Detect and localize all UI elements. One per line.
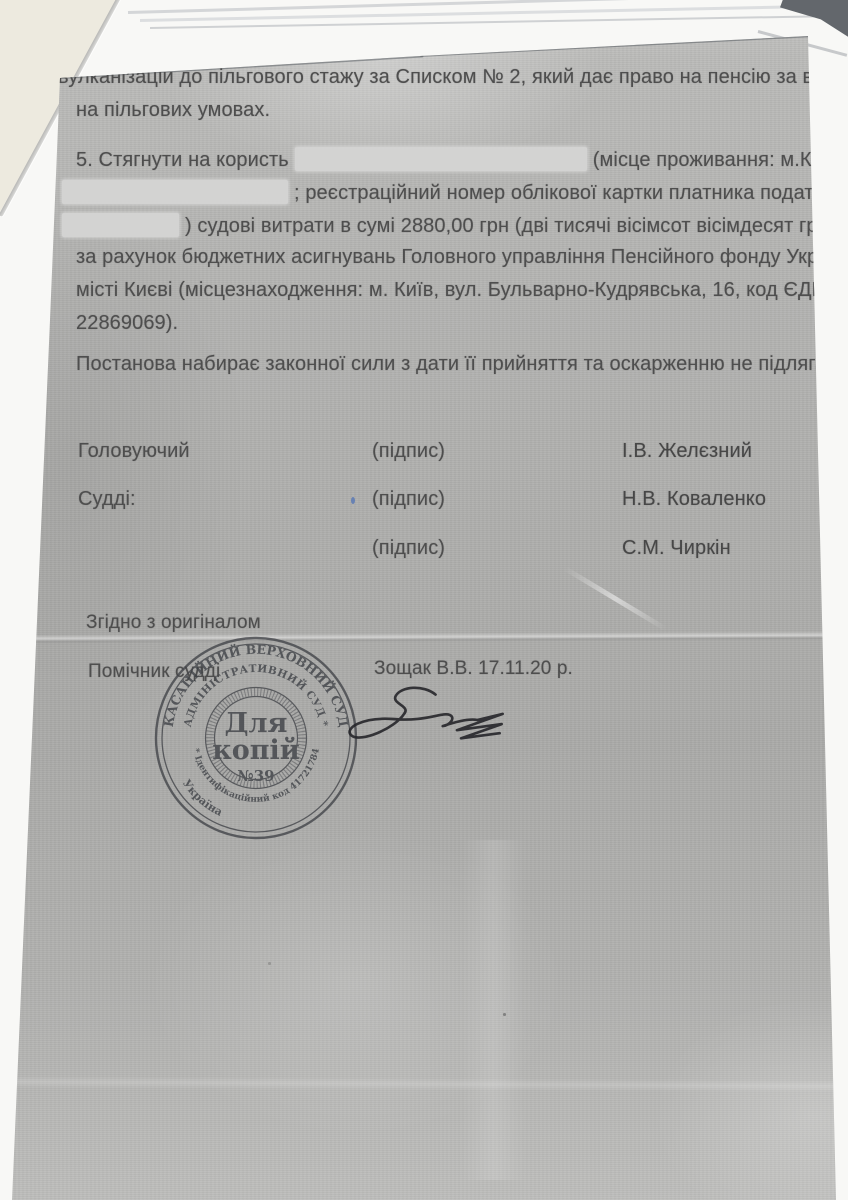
clause5-line2-text: ; реєстраційний номер облікової картки п… — [294, 182, 838, 204]
scan-light-streak — [462, 840, 526, 1180]
body-line: за рахунок бюджетних асигнувань Головног… — [76, 246, 848, 269]
court-stamp-for-copies: КАСАЦІЙНИЙ ВЕРХОВНИЙ СУД Україна АДМІНІС… — [150, 632, 362, 844]
stamp-center-number: №39 — [237, 767, 274, 785]
according-to-original-label: Згідно з оригіналом — [86, 612, 261, 634]
signatory-name: І.В. Желєзний — [622, 440, 752, 463]
signature-stroke — [350, 688, 503, 739]
signature-placeholder: (підпис) — [372, 488, 445, 511]
clause5-line1: 5. Стягнути на користь(місце проживання:… — [76, 147, 839, 172]
body-line: на пільгових умовах. — [76, 99, 270, 122]
fold-crease — [563, 566, 667, 631]
page-top-edge-shadow — [420, 34, 812, 56]
signature-row: Головуючий (підпис) І.В. Желєзний — [0, 440, 848, 466]
redaction-box — [295, 147, 587, 171]
signatory-role: Головуючий — [78, 440, 190, 463]
signature-row: Судді: (підпис) Н.В. Коваленко — [0, 488, 848, 514]
handwritten-signature — [342, 682, 520, 756]
signature-placeholder: (підпис) — [372, 440, 445, 463]
redaction-box — [62, 180, 288, 204]
document-page: вулканізацій до пільгового стажу за Спис… — [0, 0, 848, 1200]
clause5-line3-text: ) судові витрати в сумі 2880,00 грн (дві… — [185, 215, 848, 237]
clause5-lead: 5. Стягнути на користь — [76, 149, 289, 171]
scan-speck — [268, 962, 271, 965]
assistant-name-date: Зощак В.В. 17.11.20 р. — [374, 658, 573, 680]
clause5-line3: ) судові витрати в сумі 2880,00 грн (дві… — [62, 213, 848, 238]
signature-row: (підпис) С.М. Чиркін — [0, 537, 848, 563]
finality-clause: Постанова набирає законної сили з дати ї… — [76, 353, 842, 376]
ink-dot — [351, 497, 355, 504]
clause5-after-redaction: (місце проживання: м.Київ — [593, 149, 840, 171]
body-line: 22869069). — [76, 312, 178, 335]
signatory-name: С.М. Чиркін — [622, 537, 731, 560]
scanned-court-document: вулканізацій до пільгового стажу за Спис… — [0, 0, 848, 1200]
scan-speck — [503, 1013, 506, 1016]
stamp-center-line2: копій — [212, 735, 300, 766]
signature-placeholder: (підпис) — [372, 537, 445, 560]
fold-crease — [10, 1076, 840, 1092]
body-line: вулканізацій до пільгового стажу за Спис… — [58, 66, 848, 89]
signatory-role: Судді: — [78, 488, 136, 511]
body-line: місті Києві (місцезнаходження: м. Київ, … — [76, 279, 848, 302]
clause5-line2: ; реєстраційний номер облікової картки п… — [62, 180, 838, 205]
signatory-name: Н.В. Коваленко — [622, 488, 766, 511]
redaction-box — [62, 213, 179, 237]
